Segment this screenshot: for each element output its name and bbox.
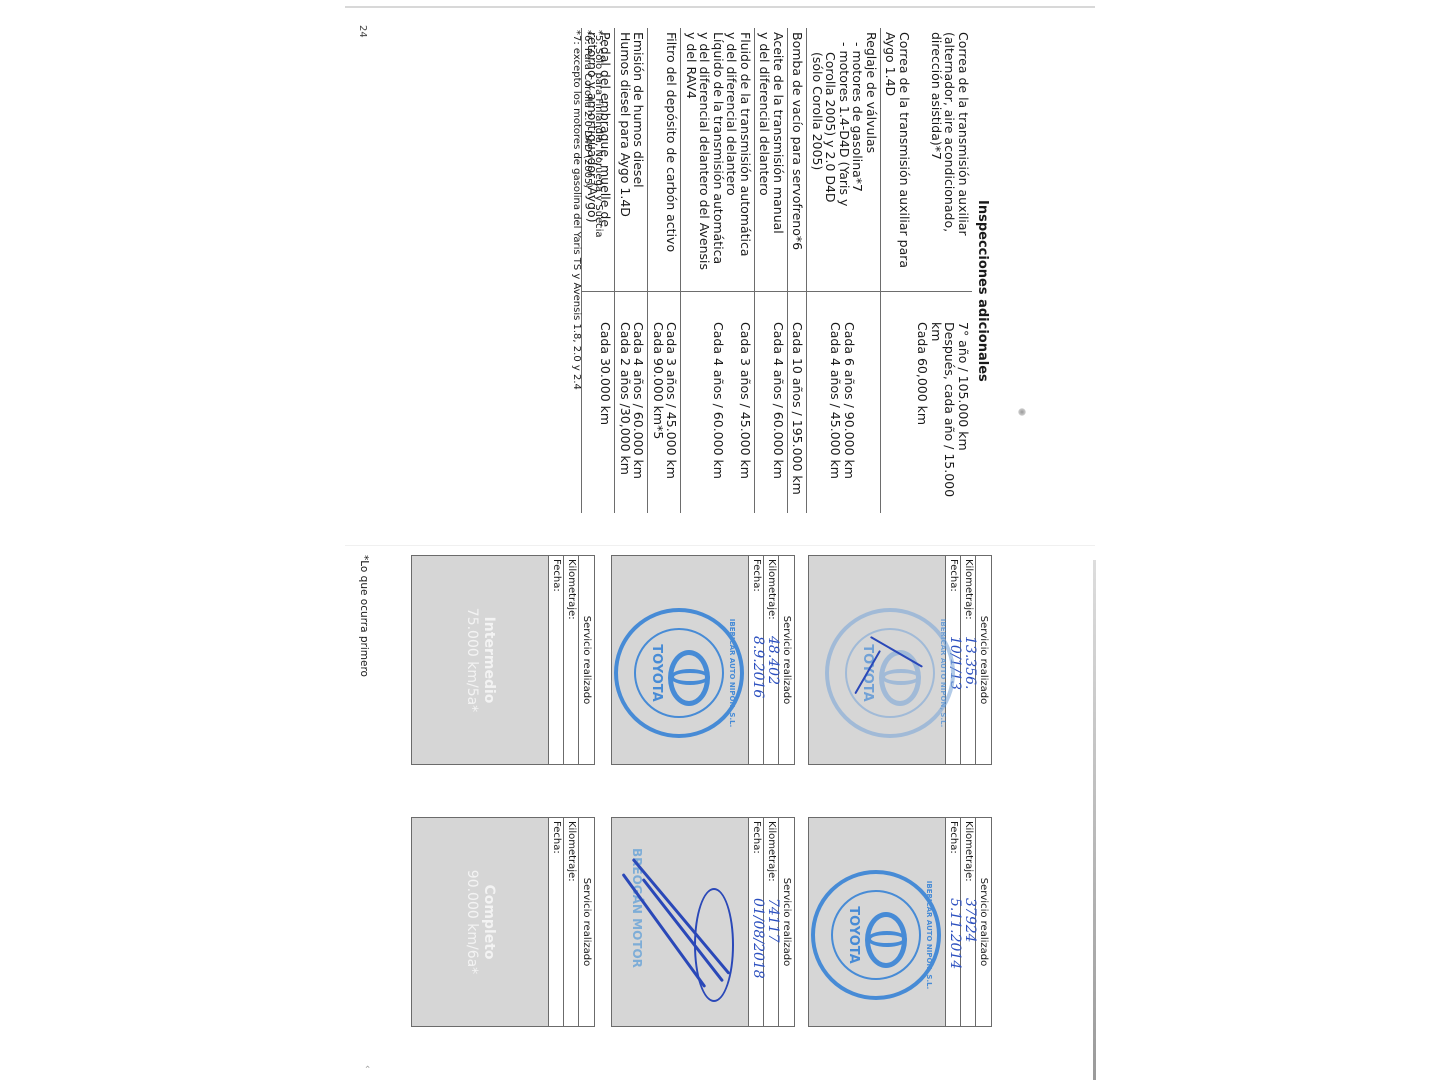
stamp-text: IBERICAR AUTO NIPON, S.L. (939, 612, 947, 734)
table-row: Aceite de la transmisión manualy del dif… (755, 28, 788, 513)
service-record-page: Servicio realizado Kilometraje: 13.356. … (360, 545, 1000, 1080)
inspection-table: Correa de la transmisión auxiliar(altern… (582, 28, 973, 513)
dealer-stamp: IBERICAR AUTO NIPON, S.L. TOYOTA (614, 608, 744, 738)
date-label: Fecha: (551, 559, 562, 592)
mileage-label: Kilometraje: (566, 821, 577, 882)
service-area: Intermedio 75.000 km/5a* (412, 556, 548, 764)
page-title: Inspecciones adicionales (975, 200, 990, 382)
mileage-value: 37924 (963, 898, 977, 943)
stamp-brand: TOYOTA (649, 612, 664, 734)
date-value: 8.9.2016 (751, 636, 765, 698)
mileage-label: Kilometraje: (566, 559, 577, 620)
service-interval: 90.000 km/6a* (463, 870, 480, 974)
inspection-interval: Cada 3 años / 45.000 kmCada 4 años / 60.… (681, 292, 755, 514)
service-record-box: Servicio realizado Kilometraje: 13.356. … (808, 555, 992, 765)
mileage-label: Kilometraje: (963, 559, 974, 620)
date-label: Fecha: (751, 821, 762, 854)
service-area: Completo 90.000 km/6a* (412, 818, 548, 1026)
toyota-emblem-icon (668, 650, 710, 706)
page-number: 24 (357, 25, 368, 38)
inspection-interval: Cada 3 años / 45.000 kmCada 90.000 km*5 (648, 292, 681, 514)
inspection-interval: Cada 4 años / 60.000 km (755, 292, 788, 514)
signature-loop (694, 888, 734, 1002)
service-record-box: Servicio realizado Kilometraje: Fecha: C… (411, 817, 595, 1027)
date-value: 5.11.2014 (948, 898, 962, 969)
footnotes: *5: Sólo para Finlandia, Noruega y Sueci… (571, 30, 604, 390)
date-field[interactable]: Fecha: (548, 556, 563, 764)
date-label: Fecha: (551, 821, 562, 854)
service-header: Servicio realizado (578, 556, 594, 764)
inspection-interval: Cada 10 años / 195.000 km (788, 292, 808, 514)
inspection-item: Fluido de la transmisión automáticay del… (681, 28, 755, 292)
inspection-interval: 7° año / 105.000 kmDespués, cada año / 1… (913, 292, 972, 514)
footnote: *5: Sólo para Finlandia, Noruega y Sueci… (593, 30, 604, 390)
table-row: Fluido de la transmisión automáticay del… (681, 28, 755, 513)
inspection-item: Emisión de humos dieselHumos diesel para… (615, 28, 648, 292)
footnote: *6: Para Corolla 2.0 D4D (2005) (582, 30, 593, 390)
table-row: Filtro del depósito de carbón activoCada… (648, 28, 681, 513)
toyota-emblem-icon (879, 650, 921, 706)
table-row: Bomba de vacío para servofreno*6Cada 10 … (788, 28, 808, 513)
date-field[interactable]: Fecha: (548, 818, 563, 1026)
page-mark: ‹ (362, 1065, 372, 1069)
date-value: 01/08/2018 (751, 898, 765, 979)
footnote: *7: excepto los motores de gasolina del … (571, 30, 582, 390)
table-row: Correa de la transmisión auxiliar(altern… (913, 28, 972, 513)
service-record-box: Servicio realizado Kilometraje: 74117 Fe… (611, 817, 795, 1027)
inspection-item: Correa de la transmisión auxiliar paraAy… (881, 28, 914, 292)
stamp-text: IBERICAR AUTO NIPON, S.L. (728, 612, 736, 734)
date-field[interactable]: Fecha: 8.9.2016 (748, 556, 763, 764)
table-row: Correa de la transmisión auxiliar paraAy… (881, 28, 914, 513)
scan-edge-shadow (1093, 560, 1096, 1080)
date-label: Fecha: (751, 559, 762, 592)
date-label: Fecha: (948, 559, 959, 592)
date-label: Fecha: (948, 821, 959, 854)
mileage-label: Kilometraje: (766, 559, 777, 620)
inspection-item: Correa de la transmisión auxiliar(altern… (913, 28, 972, 292)
mileage-value: 13.356. (963, 636, 977, 689)
inspection-page: Inspecciones adicionales Correa de la tr… (340, 0, 1000, 545)
mileage-value: 48.402 (766, 636, 780, 685)
stamp-brand: TOYOTA (846, 874, 861, 996)
date-field[interactable]: Fecha: 01/08/2018 (748, 818, 763, 1026)
mileage-label: Kilometraje: (963, 821, 974, 882)
mileage-label: Kilometraje: (766, 821, 777, 882)
first-occurrence-note: *Lo que ocurra primero (358, 555, 370, 677)
inspection-item: Aceite de la transmisión manualy del dif… (755, 28, 788, 292)
dealer-stamp: IBERICAR AUTO NIPON, S.L. TOYOTA (825, 608, 955, 738)
inspection-interval (881, 292, 914, 514)
service-interval: 75.000 km/5a* (463, 608, 480, 712)
stamp-text: IBERICAR AUTO NIPON, S.L. (925, 874, 933, 996)
dealer-stamp: IBERICAR AUTO NIPON, S.L. TOYOTA (811, 870, 941, 1000)
scan-speck (1018, 408, 1026, 416)
inspection-interval: Cada 4 años / 60.000 kmCada 2 años /30,0… (615, 292, 648, 514)
inspection-interval: Cada 6 años / 90.000 kmCada 4 años / 45.… (807, 292, 881, 514)
mileage-field[interactable]: Kilometraje: (563, 556, 578, 764)
table-row: Emisión de humos dieselHumos diesel para… (615, 28, 648, 513)
table-row: Reglaje de válvulas- motores de gasolina… (807, 28, 881, 513)
service-record-box: Servicio realizado Kilometraje: Fecha: I… (411, 555, 595, 765)
service-record-box: Servicio realizado Kilometraje: 37924 Fe… (808, 817, 992, 1027)
mileage-value: 74117 (766, 898, 780, 943)
date-field[interactable]: Fecha: 5.11.2014 (945, 818, 960, 1026)
mileage-field[interactable]: Kilometraje: (563, 818, 578, 1026)
service-record-box: Servicio realizado Kilometraje: 48.402 F… (611, 555, 795, 765)
service-header: Servicio realizado (578, 818, 594, 1026)
service-name: Intermedio (480, 617, 497, 704)
toyota-emblem-icon (865, 912, 907, 968)
inspection-item: Bomba de vacío para servofreno*6 (788, 28, 808, 292)
inspection-item: Reglaje de válvulas- motores de gasolina… (807, 28, 881, 292)
inspection-item: Filtro del depósito de carbón activo (648, 28, 681, 292)
service-name: Completo (480, 884, 497, 959)
